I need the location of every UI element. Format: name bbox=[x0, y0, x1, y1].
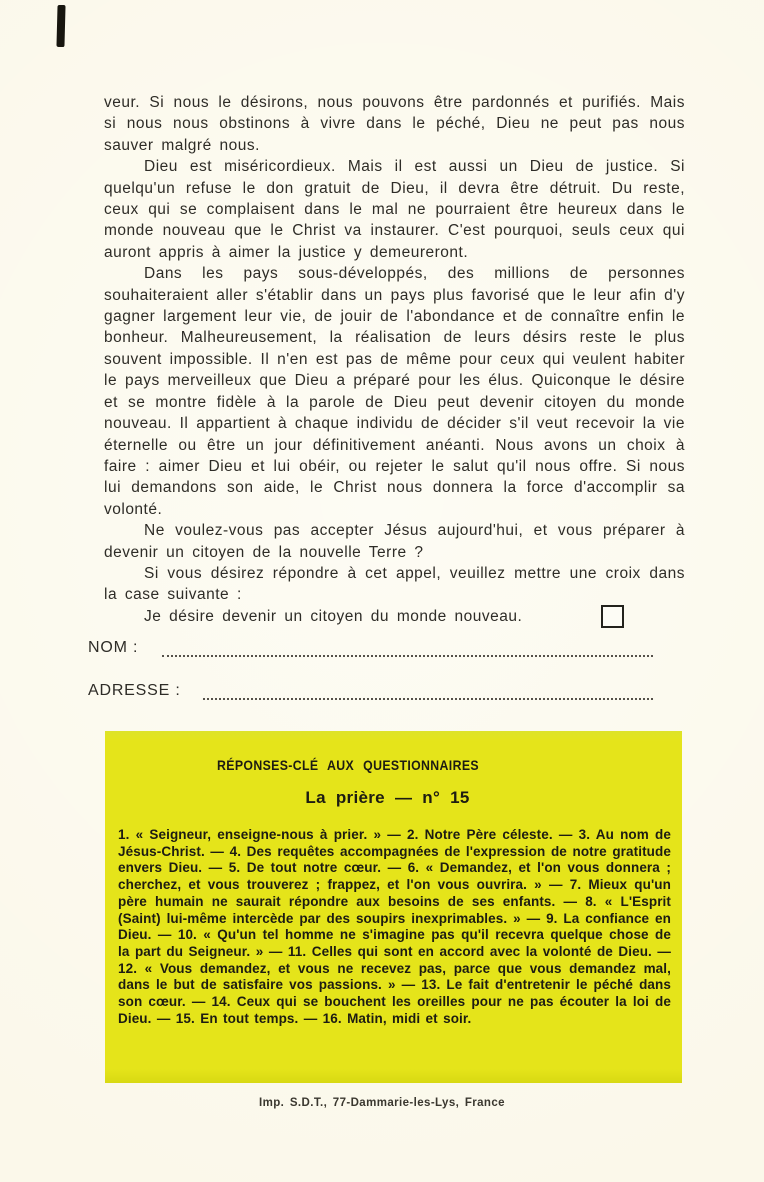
address-field-row: ADRESSE : bbox=[88, 682, 660, 704]
ink-mark bbox=[56, 5, 65, 47]
answers-body: 1. « Seigneur, enseigne-nous à prier. » … bbox=[118, 827, 671, 1027]
paragraph-appel: Si vous désirez répondre à cet appel, ve… bbox=[104, 563, 685, 606]
document-page: veur. Si nous le désirons, nous pouvons … bbox=[0, 0, 764, 1182]
paragraph-justice: Dieu est miséricordieux. Mais il est aus… bbox=[104, 156, 685, 263]
paragraph-pays: Dans les pays sous-développés, des milli… bbox=[104, 263, 685, 520]
pledge-row: Je désire devenir un citoyen du monde no… bbox=[104, 606, 685, 627]
pledge-checkbox[interactable] bbox=[601, 605, 624, 628]
body-text: veur. Si nous le désirons, nous pouvons … bbox=[104, 92, 685, 627]
answers-panel: RÉPONSES-CLÉ AUX QUESTIONNAIRES La prièr… bbox=[105, 731, 682, 1083]
imprint: Imp. S.D.T., 77-Dammarie-les-Lys, France bbox=[0, 1097, 764, 1109]
name-input-line[interactable] bbox=[162, 642, 653, 657]
paragraph-pardon: veur. Si nous le désirons, nous pouvons … bbox=[104, 92, 685, 156]
address-input-line[interactable] bbox=[203, 685, 653, 700]
pledge-text: Je désire devenir un citoyen du monde no… bbox=[144, 608, 522, 625]
name-label: NOM : bbox=[88, 639, 138, 657]
form-section: NOM : ADRESSE : bbox=[88, 639, 660, 704]
answers-subtitle: La prière — n° 15 bbox=[99, 788, 676, 808]
name-field-row: NOM : bbox=[88, 639, 660, 661]
address-label: ADRESSE : bbox=[88, 682, 181, 700]
paragraph-invitation: Ne voulez-vous pas accepter Jésus aujour… bbox=[104, 520, 685, 563]
answers-title: RÉPONSES-CLÉ AUX QUESTIONNAIRES bbox=[217, 757, 479, 773]
